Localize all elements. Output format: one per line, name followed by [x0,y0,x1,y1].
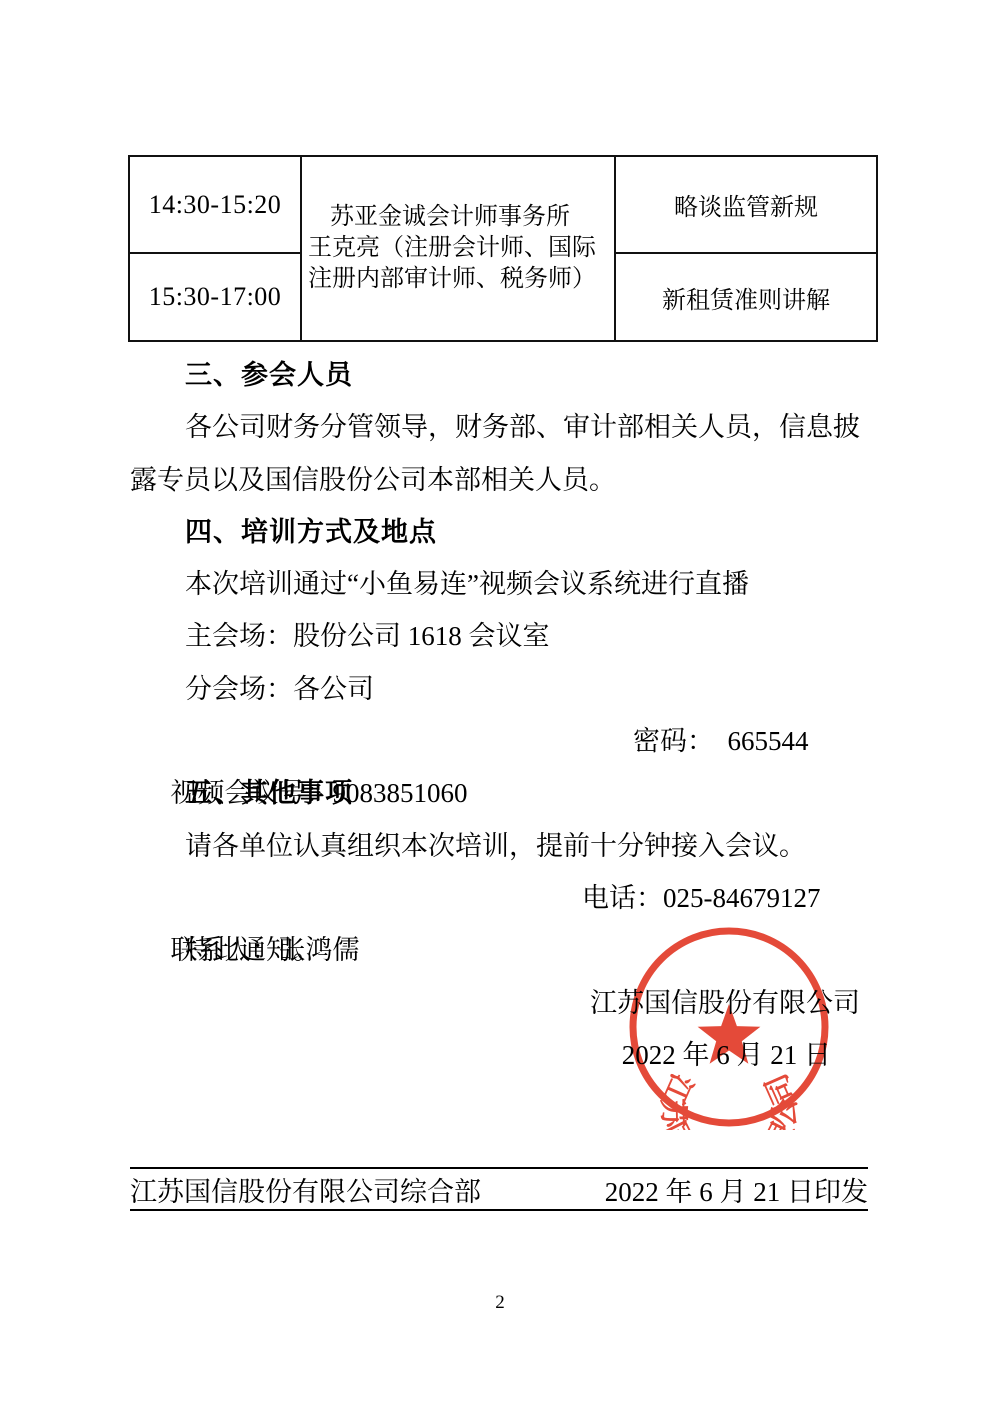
document-body: 三、参会人员 各公司财务分管领导，财务部、审计部相关人员，信息披 露专员以及国信… [130,349,868,1081]
section3-paragraph-line1: 各公司财务分管领导，财务部、审计部相关人员，信息披 [130,401,868,453]
section5-heading: 五、其他事项 [130,767,868,819]
section4-broadcast-line: 本次培训通过“小鱼易连”视频会议系统进行直播 [130,558,868,610]
section3-heading: 三、参会人员 [130,349,868,401]
footer-print-date: 2022 年 6 月 21 日印发 [605,1170,868,1209]
table-row: 14:30-15:20 苏亚金诚会计师事务所 王克亮（注册会计师、国际 注册内部… [129,156,877,253]
print-footer: 江苏国信股份有限公司综合部 2022 年 6 月 21 日印发 [130,1167,868,1211]
schedule-topic-cell: 略谈监管新规 [615,156,877,253]
schedule-topic-cell: 新租赁准则讲解 [615,253,877,341]
document-page: 14:30-15:20 苏亚金诚会计师事务所 王克亮（注册会计师、国际 注册内部… [0,0,1000,1414]
speaker-line: 注册内部审计师、税务师） [308,264,608,295]
speaker-line: 王克亮（注册会计师、国际 [308,233,608,264]
section5-contact-line: 联系人：张鸿儒 电话：025-84679127 [130,872,868,924]
contact-phone: 电话：025-84679127 [527,872,821,924]
footer-issuer: 江苏国信股份有限公司综合部 [130,1170,481,1209]
schedule-time-cell: 14:30-15:20 [129,156,301,253]
signature-date: 2022 年 6 月 21 日 [130,1029,868,1081]
schedule-table: 14:30-15:20 苏亚金诚会计师事务所 王克亮（注册会计师、国际 注册内部… [128,155,878,342]
section4-meeting-line: 视频会议号：9083851060 密码： 665544 [130,715,868,767]
schedule-time-cell: 15:30-17:00 [129,253,301,341]
section4-main-venue-line: 主会场：股份公司 1618 会议室 [130,610,868,662]
signature-company: 江苏国信股份有限公司 [130,977,868,1029]
section4-heading: 四、培训方式及地点 [130,506,868,558]
closing-line: 特此通知。 [130,924,868,976]
section5-instruction-line: 请各单位认真组织本次培训，提前十分钟接入会议。 [130,820,868,872]
speaker-line: 苏亚金诚会计师事务所 [308,202,608,233]
section4-branch-venue-line: 分会场：各公司 [130,663,868,715]
meeting-password: 密码： 665544 [578,715,809,767]
page-number: 2 [0,1292,1000,1314]
schedule-speaker-cell: 苏亚金诚会计师事务所 王克亮（注册会计师、国际 注册内部审计师、税务师） [301,156,615,341]
section3-paragraph-line2: 露专员以及国信股份公司本部相关人员。 [130,454,868,506]
